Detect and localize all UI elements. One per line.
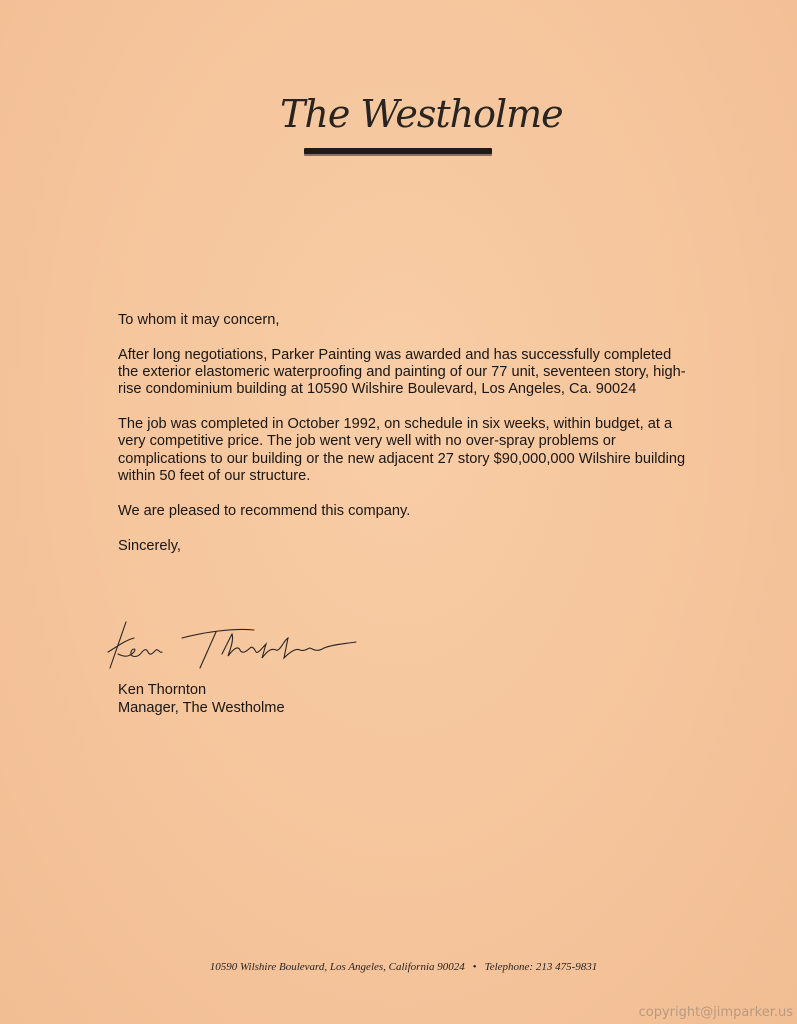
paragraph-1: After long negotiations, Parker Painting…: [118, 347, 688, 399]
logo-underline-bar: [304, 148, 492, 154]
salutation: To whom it may concern,: [118, 312, 688, 329]
closing: Sincerely,: [118, 538, 688, 555]
westholme-logo: The Westholme: [272, 92, 532, 162]
paragraph-2: The job was completed in October 1992, o…: [118, 416, 688, 485]
letterhead-footer: 10590 Wilshire Boulevard, Los Angeles, C…: [0, 961, 797, 973]
letter-page: The Westholme To whom it may concern, Af…: [0, 0, 797, 1024]
paragraph-3: We are pleased to recommend this company…: [118, 503, 688, 520]
footer-address: 10590 Wilshire Boulevard, Los Angeles, C…: [210, 961, 465, 973]
signer-title: Manager, The Westholme: [118, 699, 285, 717]
footer-telephone: Telephone: 213 475-9831: [485, 961, 598, 973]
signature-block: Ken Thornton Manager, The Westholme: [118, 681, 285, 717]
letter-body: To whom it may concern, After long negot…: [118, 312, 688, 572]
footer-separator: •: [473, 961, 477, 973]
copyright-watermark: copyright@jimparker.us: [639, 1005, 793, 1020]
logo-script-text: The Westholme: [280, 92, 563, 136]
handwritten-signature: [104, 618, 364, 672]
signer-name: Ken Thornton: [118, 681, 285, 699]
